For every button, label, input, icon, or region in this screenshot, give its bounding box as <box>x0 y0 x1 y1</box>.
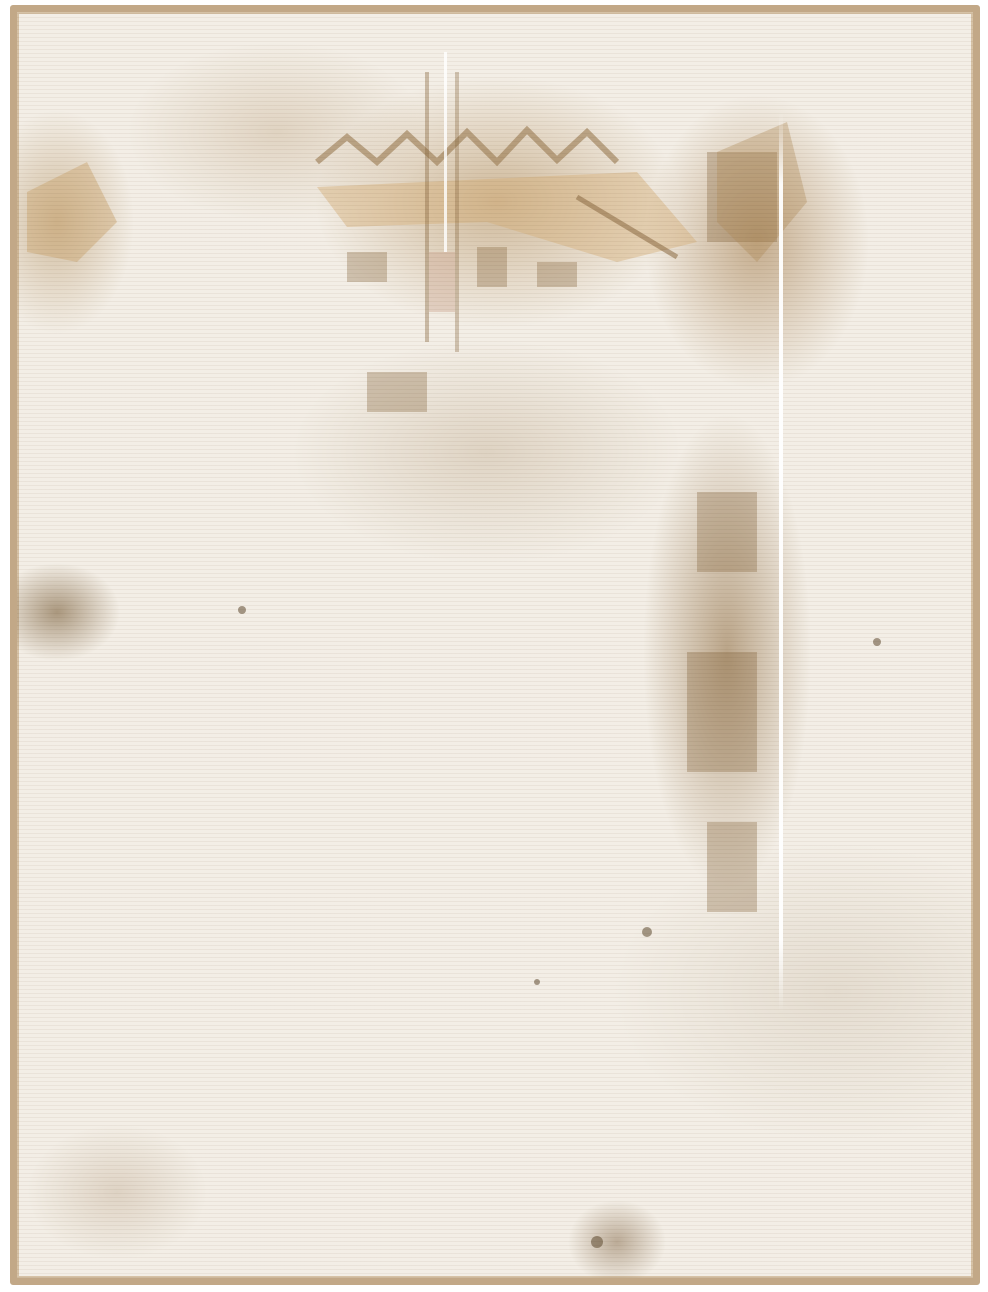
rug <box>10 5 980 1285</box>
worn-seam-line-upper <box>444 52 447 252</box>
product-photo <box>0 0 988 1292</box>
knit-texture <box>17 12 973 1278</box>
worn-seam-line <box>779 112 783 1012</box>
